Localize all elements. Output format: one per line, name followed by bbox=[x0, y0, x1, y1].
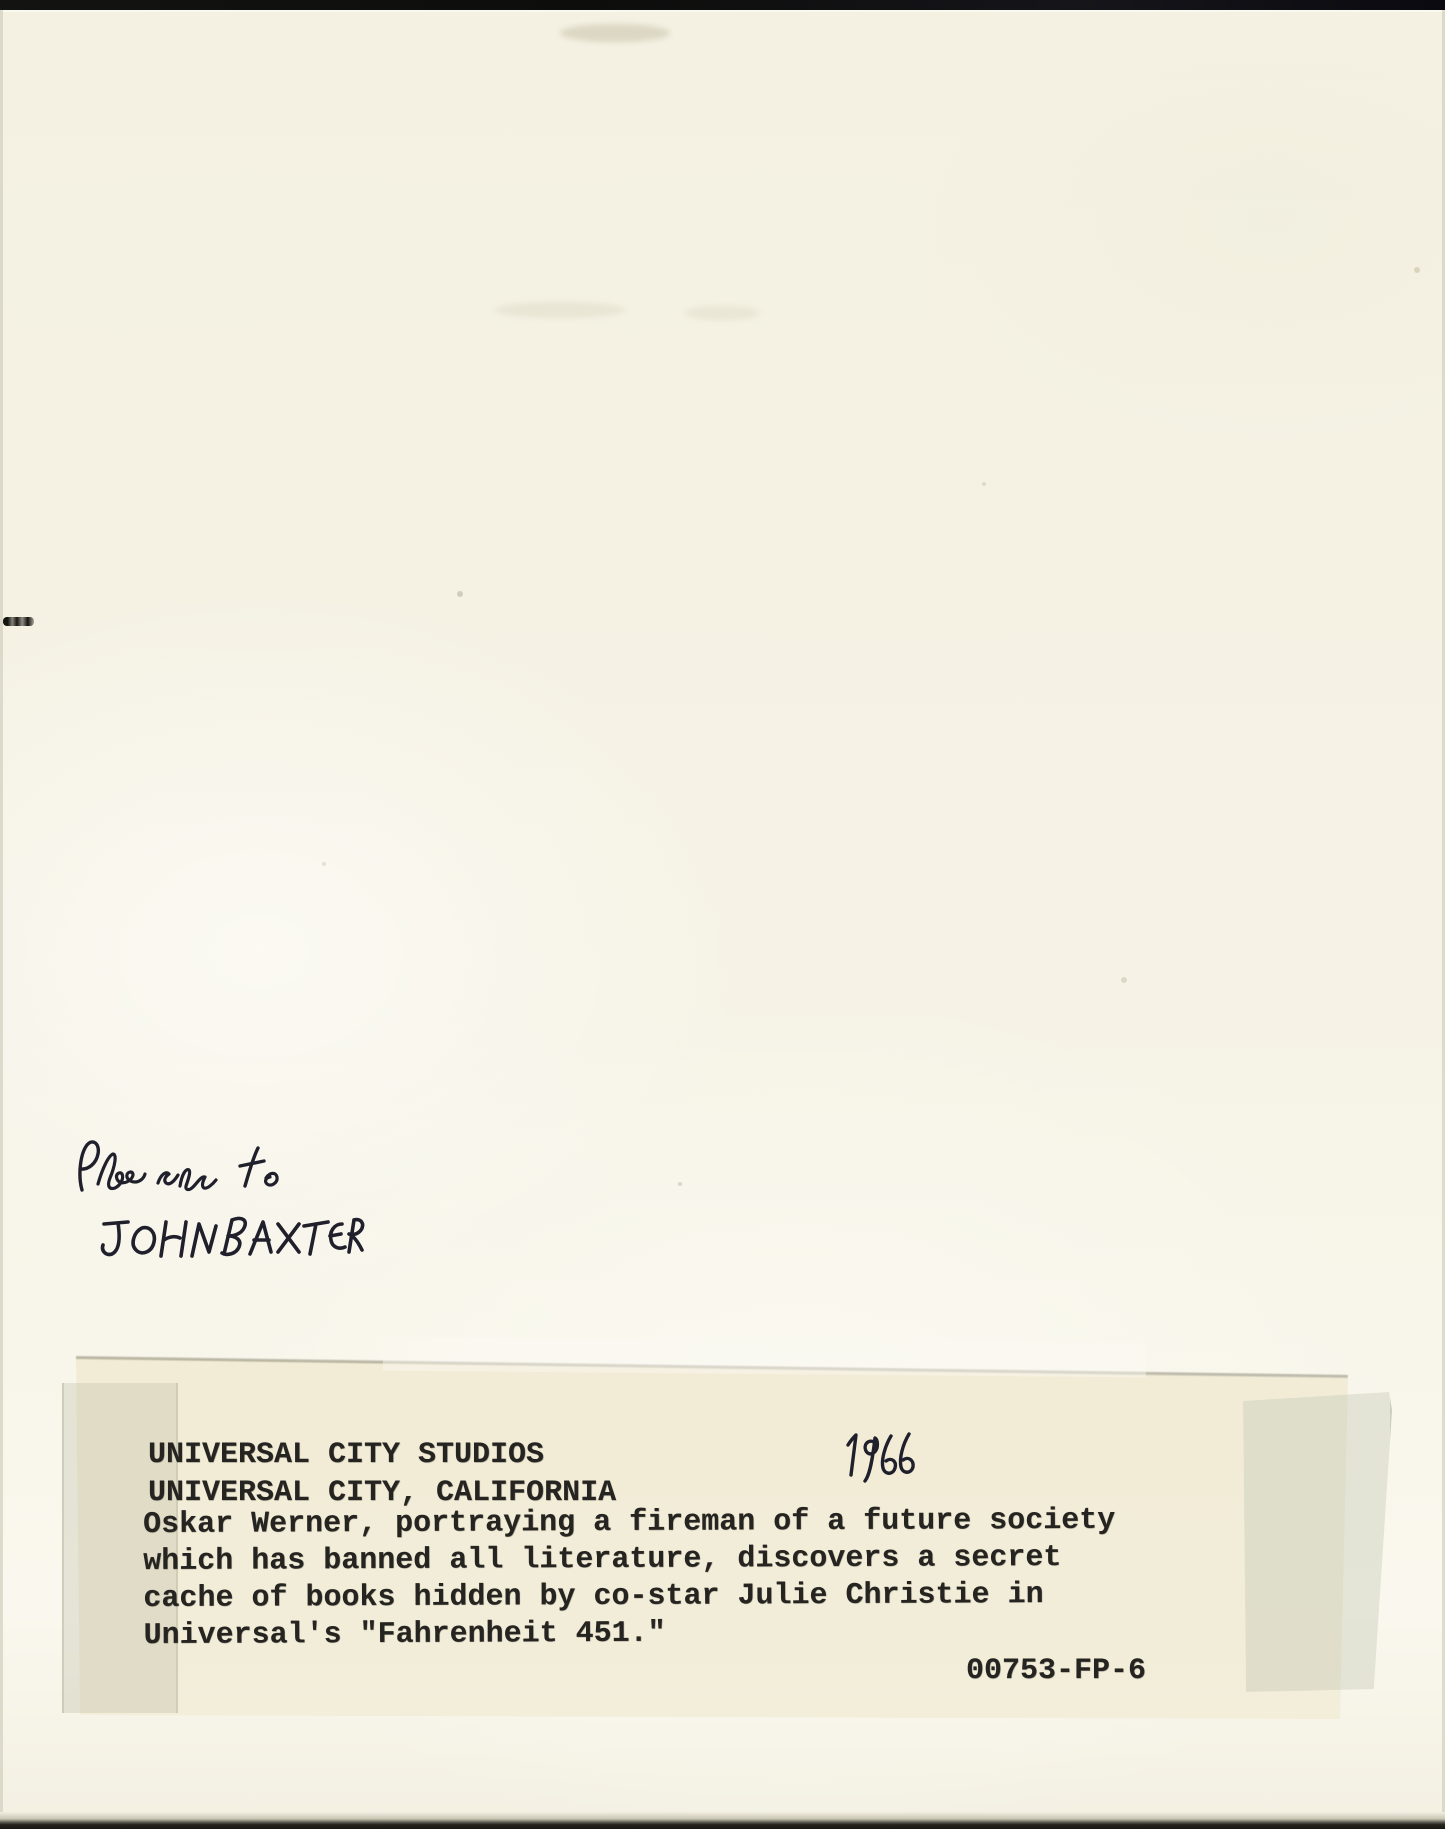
paper-speckles bbox=[0, 0, 4, 4]
slip-body: Oskar Werner, portraying a fireman of a … bbox=[143, 1503, 1116, 1655]
handwritten-note bbox=[62, 1128, 362, 1288]
slip-body-line: cache of books hidden by co-star Julie C… bbox=[143, 1577, 1115, 1618]
slip-header: UNIVERSAL CITY STUDIOS UNIVERSAL CITY, C… bbox=[148, 1436, 616, 1512]
slip-reference-number: 00753-FP-6 bbox=[966, 1656, 1146, 1686]
scan-top-edge bbox=[0, 0, 1445, 10]
photo-verso-scan: UNIVERSAL CITY STUDIOS UNIVERSAL CITY, C… bbox=[0, 0, 1445, 1829]
handwritten-year bbox=[838, 1426, 918, 1486]
tape-right bbox=[1240, 1392, 1392, 1692]
tape-top bbox=[383, 1337, 1146, 1378]
handwritten-note-line2 bbox=[103, 1218, 363, 1256]
bleedthrough-smudge-top bbox=[560, 24, 670, 42]
slip-body-line: Universal's "Fahrenheit 451." bbox=[143, 1614, 1115, 1655]
scan-left-edge bbox=[0, 10, 3, 1812]
bleedthrough-smudge-right bbox=[685, 306, 760, 320]
bleedthrough-smudge-left bbox=[495, 302, 625, 318]
slip-body-line: Oskar Werner, portraying a fireman of a … bbox=[143, 1503, 1115, 1544]
scan-bottom-edge bbox=[0, 1812, 1445, 1829]
slip-body-line: which has banned all literature, discove… bbox=[143, 1540, 1115, 1581]
ink-mark-left-edge bbox=[3, 617, 34, 626]
slip-header-line1: UNIVERSAL CITY STUDIOS bbox=[148, 1436, 616, 1474]
handwritten-note-line1 bbox=[80, 1142, 277, 1190]
